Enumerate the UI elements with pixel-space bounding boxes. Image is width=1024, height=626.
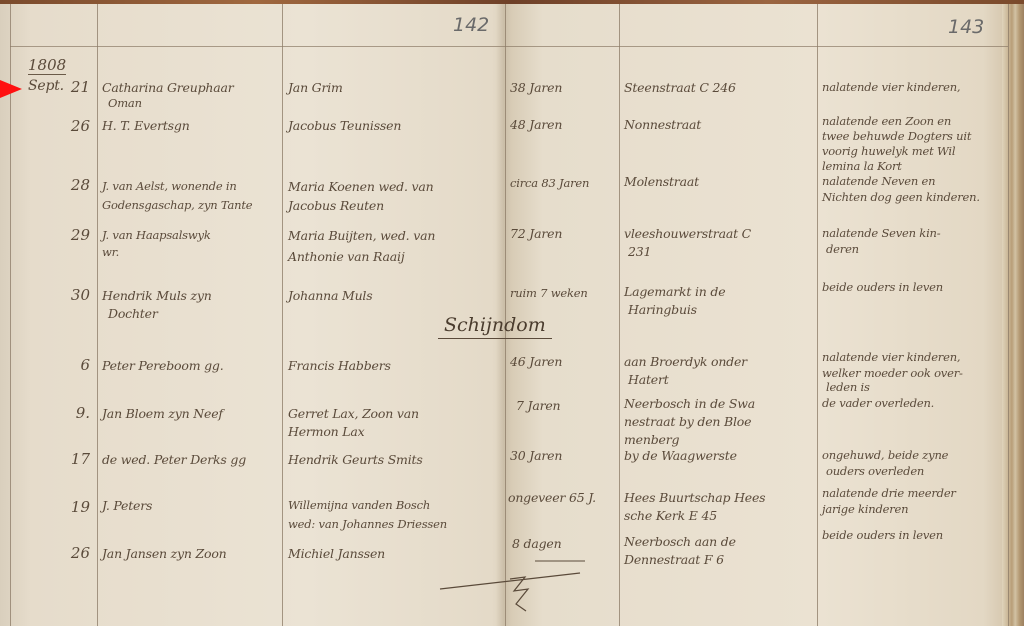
entry-deceased: Catharina Greuphaar [102,80,234,95]
entry-deceased: Hendrik Muls zyn [102,288,212,303]
entry-address: Dennestraat F 6 [624,552,724,567]
entry-address: vleeshouwerstraat C [624,226,751,241]
entry-remarks: lemina la Kort [822,159,902,173]
entry-address: Lagemarkt in de [624,284,725,299]
entry-deceased: de wed. Peter Derks gg [102,452,246,467]
entry-address: by de Waagwerste [624,448,737,463]
entry-declarant: Jacobus Reuten [288,198,384,213]
entry-remarks: jarige kinderen [822,502,908,516]
entry-declarant: Hermon Lax [288,424,364,439]
entry-age: 48 Jaren [510,117,562,132]
entry-address: Hatert [628,372,669,387]
page-number-left: 142 [453,14,489,36]
entry-remarks: Nichten dog geen kinderen. [822,190,980,204]
entry-declarant: Maria Koenen wed. van [288,179,433,194]
entry-remarks: nalatende Seven kin- [822,226,940,240]
entry-remarks: nalatende een Zoon en [822,114,951,128]
header-rule [10,46,1008,47]
entry-age: ongeveer 65 J. [508,490,596,505]
entry-address: Molenstraat [624,174,699,189]
entry-remarks: ouders overleden [826,464,924,478]
entry-remarks: nalatende drie meerder [822,486,956,500]
entry-remarks: leden is [826,380,870,394]
entry-deceased: J. van Aelst, wonende in [102,179,237,193]
entry-declarant: Jan Grim [288,80,343,95]
entry-age: 8 dagen [512,536,561,551]
entry-declarant: Michiel Janssen [288,546,385,561]
entry-remarks: nalatende vier kinderen, [822,350,960,364]
entry-address: sche Kerk E 45 [624,508,717,523]
entry-deceased: Godensgaschap, zyn Tante [102,198,252,212]
entry-day: 26 [60,544,90,562]
entry-day: 6 [60,356,90,374]
entry-day: 19 [60,498,90,516]
entry-declarant: Gerret Lax, Zoon van [288,406,419,421]
entry-remarks: beide ouders in leven [822,280,943,294]
entry-address: nestraat by den Bloe [624,414,751,429]
entry-remarks: nalatende vier kinderen, [822,80,960,94]
entry-declarant: wed: van Johannes Driessen [288,517,447,531]
entry-remarks: voorig huwelyk met Wil [822,144,955,158]
year-label: 1808 [28,56,66,75]
entry-day: 30 [60,286,90,304]
entry-age: ruim 7 weken [510,286,588,300]
entry-remarks: twee behuwde Dogters uit [822,129,971,143]
column-rule [97,4,98,626]
entry-address: menberg [624,432,679,447]
document-viewer: 142 143 1808 Sept. 21 Catharina Greuphaa… [0,0,1024,626]
column-rule [282,4,283,626]
entry-declarant: Anthonie van Raaij [288,249,405,264]
entry-day: 29 [60,226,90,244]
entry-deceased: wr. [102,245,119,259]
entry-address: Neerbosch in de Swa [624,396,755,411]
entry-declarant: Willemijna vanden Bosch [288,498,430,512]
entry-address: Neerbosch aan de [624,534,736,549]
entry-deceased: Oman [108,96,142,110]
entry-deceased: J. van Haapsalswyk [102,228,211,242]
entry-remarks: ongehuwd, beide zyne [822,448,948,462]
entry-deceased: Dochter [108,306,158,321]
entry-day: 17 [60,450,90,468]
month-label: Sept. [28,78,64,94]
page-edge [1002,4,1024,626]
entry-declarant: Jacobus Teunissen [288,118,401,133]
entry-remarks: beide ouders in leven [822,528,943,542]
entry-address: Steenstraat C 246 [624,80,736,95]
entry-remarks: welker moeder ook over- [822,366,963,380]
entry-deceased: J. Peters [102,498,152,513]
entry-age: circa 83 Jaren [510,176,589,190]
red-pointer-marker [0,80,22,98]
entry-declarant: Francis Habbers [288,358,391,373]
entry-address: aan Broerdyk onder [624,354,747,369]
entry-address: Hees Buurtschap Hees [624,490,765,505]
column-rule [817,4,818,626]
entry-declarant: Hendrik Geurts Smits [288,452,423,467]
ledger-spread: 142 143 1808 Sept. 21 Catharina Greuphaa… [0,4,1024,626]
entry-address: 231 [628,244,651,259]
entry-deceased: Jan Jansen zyn Zoon [102,546,227,561]
closing-flourish [430,559,610,619]
entry-day: 21 [60,78,90,96]
entry-remarks: de vader overleden. [822,396,934,410]
entry-address: Haringbuis [628,302,697,317]
column-rule [619,4,620,626]
section-heading: Schijndom [438,314,552,339]
entry-deceased: Peter Pereboom gg. [102,358,224,373]
entry-day: 9. [60,404,90,422]
entry-address: Nonnestraat [624,117,701,132]
entry-deceased: Jan Bloem zyn Neef [102,406,223,421]
entry-deceased: H. T. Evertsgn [102,118,190,133]
column-rule [1008,4,1009,626]
entry-remarks: nalatende Neven en [822,174,935,188]
entry-day: 28 [60,176,90,194]
entry-remarks: deren [826,242,859,256]
page-number-right: 143 [948,16,984,38]
entry-age: 38 Jaren [510,80,562,95]
entry-age: 46 Jaren [510,354,562,369]
entry-age: 7 Jaren [516,398,560,413]
entry-day: 26 [60,117,90,135]
entry-declarant: Maria Buijten, wed. van [288,228,435,243]
entry-age: 72 Jaren [510,226,562,241]
entry-declarant: Johanna Muls [288,288,372,303]
entry-age: 30 Jaren [510,448,562,463]
